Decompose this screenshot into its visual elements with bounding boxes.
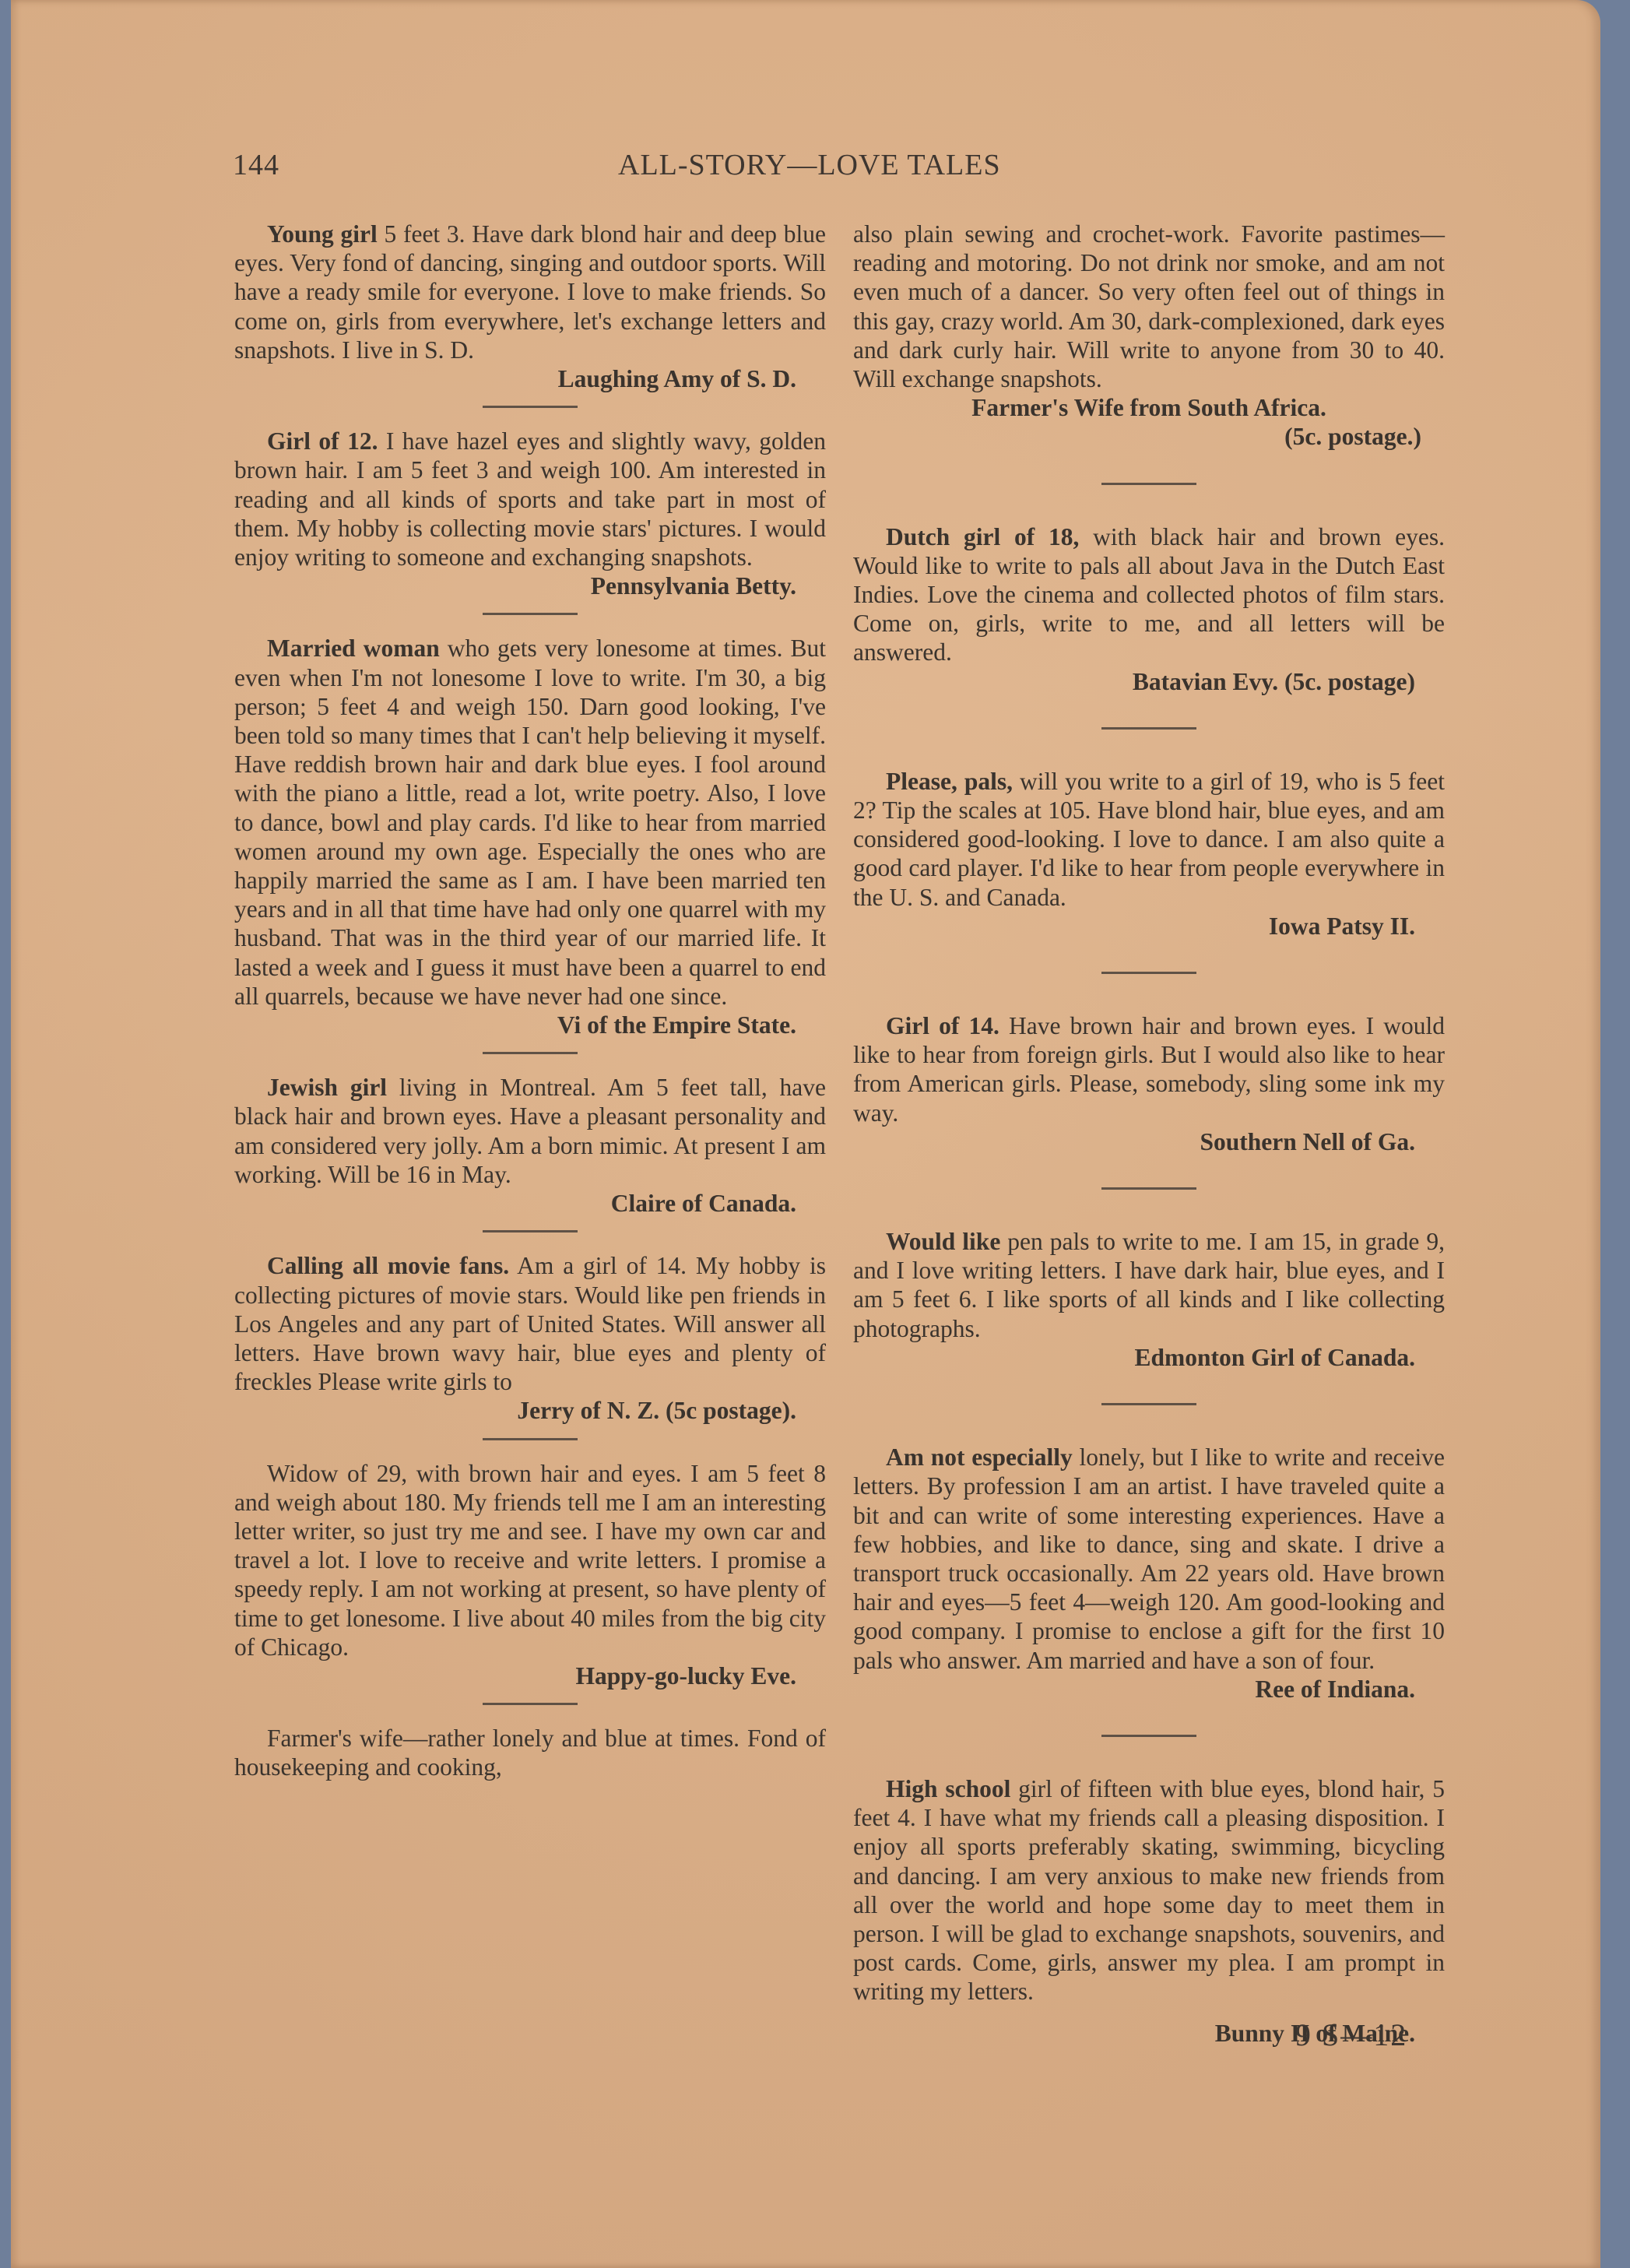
printer-signature-mark: 9 S—12 (1295, 2017, 1407, 2053)
entry-body: girl of fifteen with blue eyes, blond ha… (853, 1775, 1445, 2005)
entry-body: who gets very lonesome at times. But eve… (234, 635, 826, 1009)
entry-signature: Iowa Patsy II. (853, 912, 1445, 941)
entry-lead: Dutch girl of 18, (886, 523, 1079, 550)
entry-signature: Farmer's Wife from South Africa. (853, 393, 1445, 422)
divider-rule (483, 1438, 578, 1440)
divider-rule (483, 406, 578, 408)
right-column: also plain sewing and crochet-work. Favo… (853, 220, 1445, 2048)
entry-body: Widow of 29, with brown hair and eyes. I… (234, 1460, 826, 1661)
entry-lead: Calling all movie fans. (267, 1252, 509, 1279)
entry-happy-go-lucky-eve: Widow of 29, with brown hair and eyes. I… (234, 1459, 826, 1691)
entry-body: also plain sewing and crochet-work. Favo… (853, 220, 1445, 392)
entry-signature: Jerry of N. Z. (5c postage). (234, 1396, 826, 1425)
entry-claire-canada: Jewish girl living in Montreal. Am 5 fee… (234, 1073, 826, 1218)
divider-rule (483, 1052, 578, 1054)
running-title: ALL-STORY—LOVE TALES (618, 148, 1001, 182)
divider-rule (483, 1230, 578, 1232)
entry-body: Farmer's wife—rather lonely and blue at … (234, 1725, 826, 1781)
entry-iowa-patsy: Please, pals, will you write to a girl o… (853, 767, 1445, 941)
entry-signature: Happy-go-lucky Eve. (234, 1661, 826, 1690)
entry-signature: Batavian Evy. (5c. postage) (853, 667, 1445, 696)
entry-lead: Please, pals, (886, 768, 1013, 795)
divider-rule (483, 613, 578, 615)
divider-rule (1101, 727, 1196, 730)
entry-pennsylvania-betty: Girl of 12. I have hazel eyes and slight… (234, 427, 826, 600)
divider-rule (1101, 1187, 1196, 1190)
entry-lead: High school (886, 1775, 1010, 1802)
entry-jerry-nz: Calling all movie fans. Am a girl of 14.… (234, 1251, 826, 1425)
entry-lead: Girl of 14. (886, 1012, 999, 1039)
magazine-page: 144 ALL-STORY—LOVE TALES Young girl 5 fe… (11, 0, 1600, 2268)
divider-rule (1101, 972, 1196, 974)
divider-rule (483, 1703, 578, 1705)
entry-edmonton-girl: Would like pen pals to write to me. I am… (853, 1227, 1445, 1372)
left-column: Young girl 5 feet 3. Have dark blond hai… (234, 220, 826, 1782)
entry-farmers-wife-start: Farmer's wife—rather lonely and blue at … (234, 1724, 826, 1781)
entry-ree-indiana: Am not especially lonely, but I like to … (853, 1443, 1445, 1704)
entry-signature: Vi of the Empire State. (234, 1011, 826, 1039)
entry-vi-empire-state: Married woman who gets very lonesome at … (234, 634, 826, 1039)
page-number: 144 (233, 148, 279, 182)
entry-signature-postage: (5c. postage.) (853, 422, 1445, 451)
divider-rule (1101, 483, 1196, 485)
divider-rule (1101, 1403, 1196, 1405)
entry-lead: Jewish girl (267, 1074, 387, 1101)
entry-lead: Girl of 12. (267, 427, 378, 455)
entry-lead: Young girl (267, 220, 378, 248)
entry-signature: Ree of Indiana. (853, 1675, 1445, 1704)
divider-rule (1101, 1735, 1196, 1737)
entry-signature: Pennsylvania Betty. (234, 571, 826, 600)
entry-bunny-maine: High school girl of fifteen with blue ey… (853, 1774, 1445, 2048)
entry-lead: Would like (886, 1228, 1000, 1255)
entry-farmers-wife-continued: also plain sewing and crochet-work. Favo… (853, 220, 1445, 452)
entry-southern-nell: Girl of 14. Have brown hair and brown ey… (853, 1011, 1445, 1156)
entry-signature: Laughing Amy of S. D. (234, 364, 826, 393)
entry-batavian-evy: Dutch girl of 18, with black hair and br… (853, 522, 1445, 696)
entry-lead: Married woman (267, 635, 440, 662)
entry-body: lonely, but I like to write and receive … (853, 1443, 1445, 1673)
entry-lead: Am not especially (886, 1443, 1073, 1471)
entry-signature: Edmonton Girl of Canada. (853, 1343, 1445, 1372)
entry-laughing-amy: Young girl 5 feet 3. Have dark blond hai… (234, 220, 826, 393)
entry-signature: Claire of Canada. (234, 1189, 826, 1218)
entry-signature: Southern Nell of Ga. (853, 1127, 1445, 1156)
